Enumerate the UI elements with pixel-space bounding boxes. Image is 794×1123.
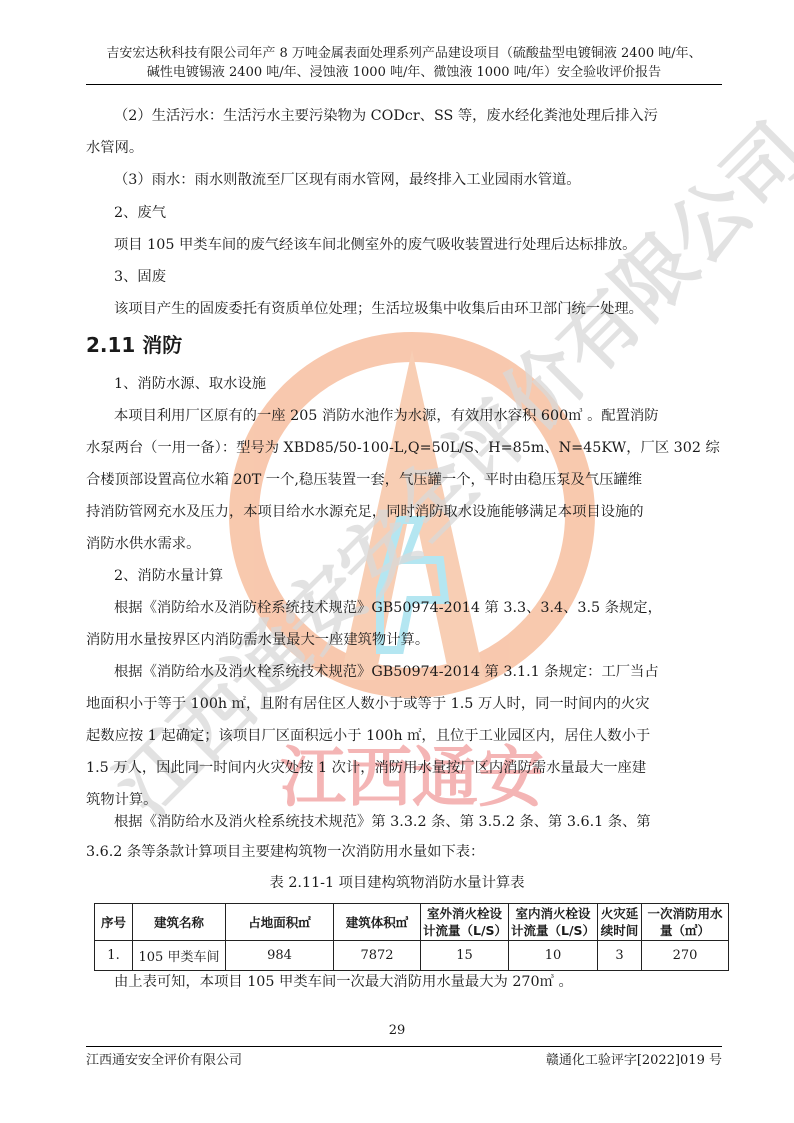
paragraph-calc1-l1: 根据《消防给水及消防栓系统技术规范》GB50974-2014 第 3.3、3.4… — [86, 598, 722, 618]
footer-doc-number: 赣通化工验评字[2022]019 号 — [546, 1049, 722, 1068]
col-header-volume: 建筑体积㎥ — [334, 904, 421, 941]
page-number: 29 — [0, 1023, 794, 1038]
paragraph-calc2-l2: 地面积小于等于 100h ㎡，且附有居住区人数小于或等于 1.5 万人时，同一时… — [86, 694, 722, 714]
col-header-floor-area: 占地面积㎡ — [226, 904, 334, 941]
paragraph-calc3-l1: 根据《消防给水及消火栓系统技术规范》第 3.3.2 条、第 3.5.2 条、第 … — [86, 812, 722, 832]
paragraph-water-source-l3: 合楼顶部设置高位水箱 20T 一个,稳压装置一套，气压罐一个，平时由稳压泵及气压… — [86, 470, 722, 490]
header-line-1: 吉安宏达秋科技有限公司年产 8 万吨金属表面处理系列产品建设项目（硫酸盐型电镀铜… — [86, 44, 722, 63]
paragraph-water-source-l5: 消防水供水需求。 — [86, 534, 722, 554]
col-header-indoor-flow: 室内消火栓设计流量（L/S） — [509, 904, 598, 941]
paragraph-sewage-cont: 水管网。 — [86, 138, 722, 158]
cell-water-volume: 270 — [642, 941, 729, 971]
cell-index: 1. — [95, 941, 133, 971]
footer-company: 江西通安安全评价有限公司 — [86, 1049, 242, 1068]
paragraph-calc2-l4: 1.5 万人，因此同一时间内火灾处按 1 次计，消防用水量按厂区内消防需水量最大… — [86, 758, 722, 778]
fire-water-table: 序号 建筑名称 占地面积㎡ 建筑体积㎥ 室外消火栓设计流量（L/S） 室内消火栓… — [94, 903, 729, 971]
paragraph-water-source-l2: 水泵两台（一用一备）：型号为 XBD85/50-100-L,Q=50L/S、H=… — [86, 438, 722, 458]
header-divider — [86, 84, 722, 85]
col-header-outdoor-flow: 室外消火栓设计流量（L/S） — [421, 904, 509, 941]
cell-building-name: 105 甲类车间 — [133, 941, 226, 971]
header-line-2: 碱性电镀锡液 2400 吨/年、浸蚀液 1000 吨/年、微蚀液 1000 吨/… — [86, 63, 722, 82]
table-caption: 表 2.11-1 项目建构筑物消防水量计算表 — [0, 872, 794, 892]
subheading-waste-gas: 2、废气 — [114, 203, 722, 223]
document-page: 江西通安安全评价有限公司 江西通安 吉安宏达秋科技有限公司年产 8 万吨金属表面… — [0, 0, 794, 1123]
paragraph-water-source-l1: 本项目利用厂区原有的一座 205 消防水池作为水源，有效用水容积 600㎥ 。配… — [86, 406, 722, 426]
subheading-solid-waste: 3、固废 — [114, 267, 722, 287]
paragraph-conclusion: 由上表可知，本项目 105 甲类车间一次最大消防用水量最大为 270㎥ 。 — [86, 972, 722, 992]
paragraph-calc3-l2: 3.6.2 条等条款计算项目主要建构筑物一次消防用水量如下表： — [86, 842, 722, 862]
table-header-row: 序号 建筑名称 占地面积㎡ 建筑体积㎥ 室外消火栓设计流量（L/S） 室内消火栓… — [95, 904, 729, 941]
col-header-building-name: 建筑名称 — [133, 904, 226, 941]
col-header-water-volume: 一次消防用水量（㎥） — [642, 904, 729, 941]
paragraph-sewage: （2）生活污水：生活污水主要污染物为 CODcr、SS 等，废水经化粪池处理后排… — [86, 106, 722, 126]
subheading-water-source: 1、消防水源、取水设施 — [114, 374, 722, 394]
paragraph-calc2-l3: 起数应按 1 起确定；该项目厂区面积远小于 100h ㎡，且位于工业园区内，居住… — [86, 726, 722, 746]
cell-indoor-flow: 10 — [509, 941, 598, 971]
paragraph-water-source-l4: 持消防管网充水及压力，本项目给水水源充足，同时消防取水设施能够满足本项目设施的 — [86, 502, 722, 522]
subheading-water-calc: 2、消防水量计算 — [114, 566, 722, 586]
paragraph-calc2-l1: 根据《消防给水及消火栓系统技术规范》GB50974-2014 第 3.1.1 条… — [86, 662, 722, 682]
paragraph-solid-waste: 该项目产生的固废委托有资质单位处理；生活垃圾集中收集后由环卫部门统一处理。 — [114, 299, 722, 319]
paragraph-calc1-l2: 消防用水量按界区内消防需水量最大一座建筑物计算。 — [86, 630, 722, 650]
cell-volume: 7872 — [334, 941, 421, 971]
cell-floor-area: 984 — [226, 941, 334, 971]
col-header-index: 序号 — [95, 904, 133, 941]
section-title: 2.11 消防 — [86, 332, 182, 358]
paragraph-rain: （3）雨水：雨水则散流至厂区现有雨水管网，最终排入工业园雨水管道。 — [86, 170, 722, 190]
cell-outdoor-flow: 15 — [421, 941, 509, 971]
footer-divider — [86, 1046, 722, 1047]
paragraph-waste-gas: 项目 105 甲类车间的废气经该车间北侧室外的废气吸收装置进行处理后达标排放。 — [114, 235, 722, 255]
table-row: 1. 105 甲类车间 984 7872 15 10 3 270 — [95, 941, 729, 971]
col-header-fire-duration: 火灾延续时间 — [598, 904, 642, 941]
running-header: 吉安宏达秋科技有限公司年产 8 万吨金属表面处理系列产品建设项目（硫酸盐型电镀铜… — [86, 44, 722, 82]
cell-fire-duration: 3 — [598, 941, 642, 971]
paragraph-calc2-l5: 筑物计算。 — [86, 790, 722, 810]
